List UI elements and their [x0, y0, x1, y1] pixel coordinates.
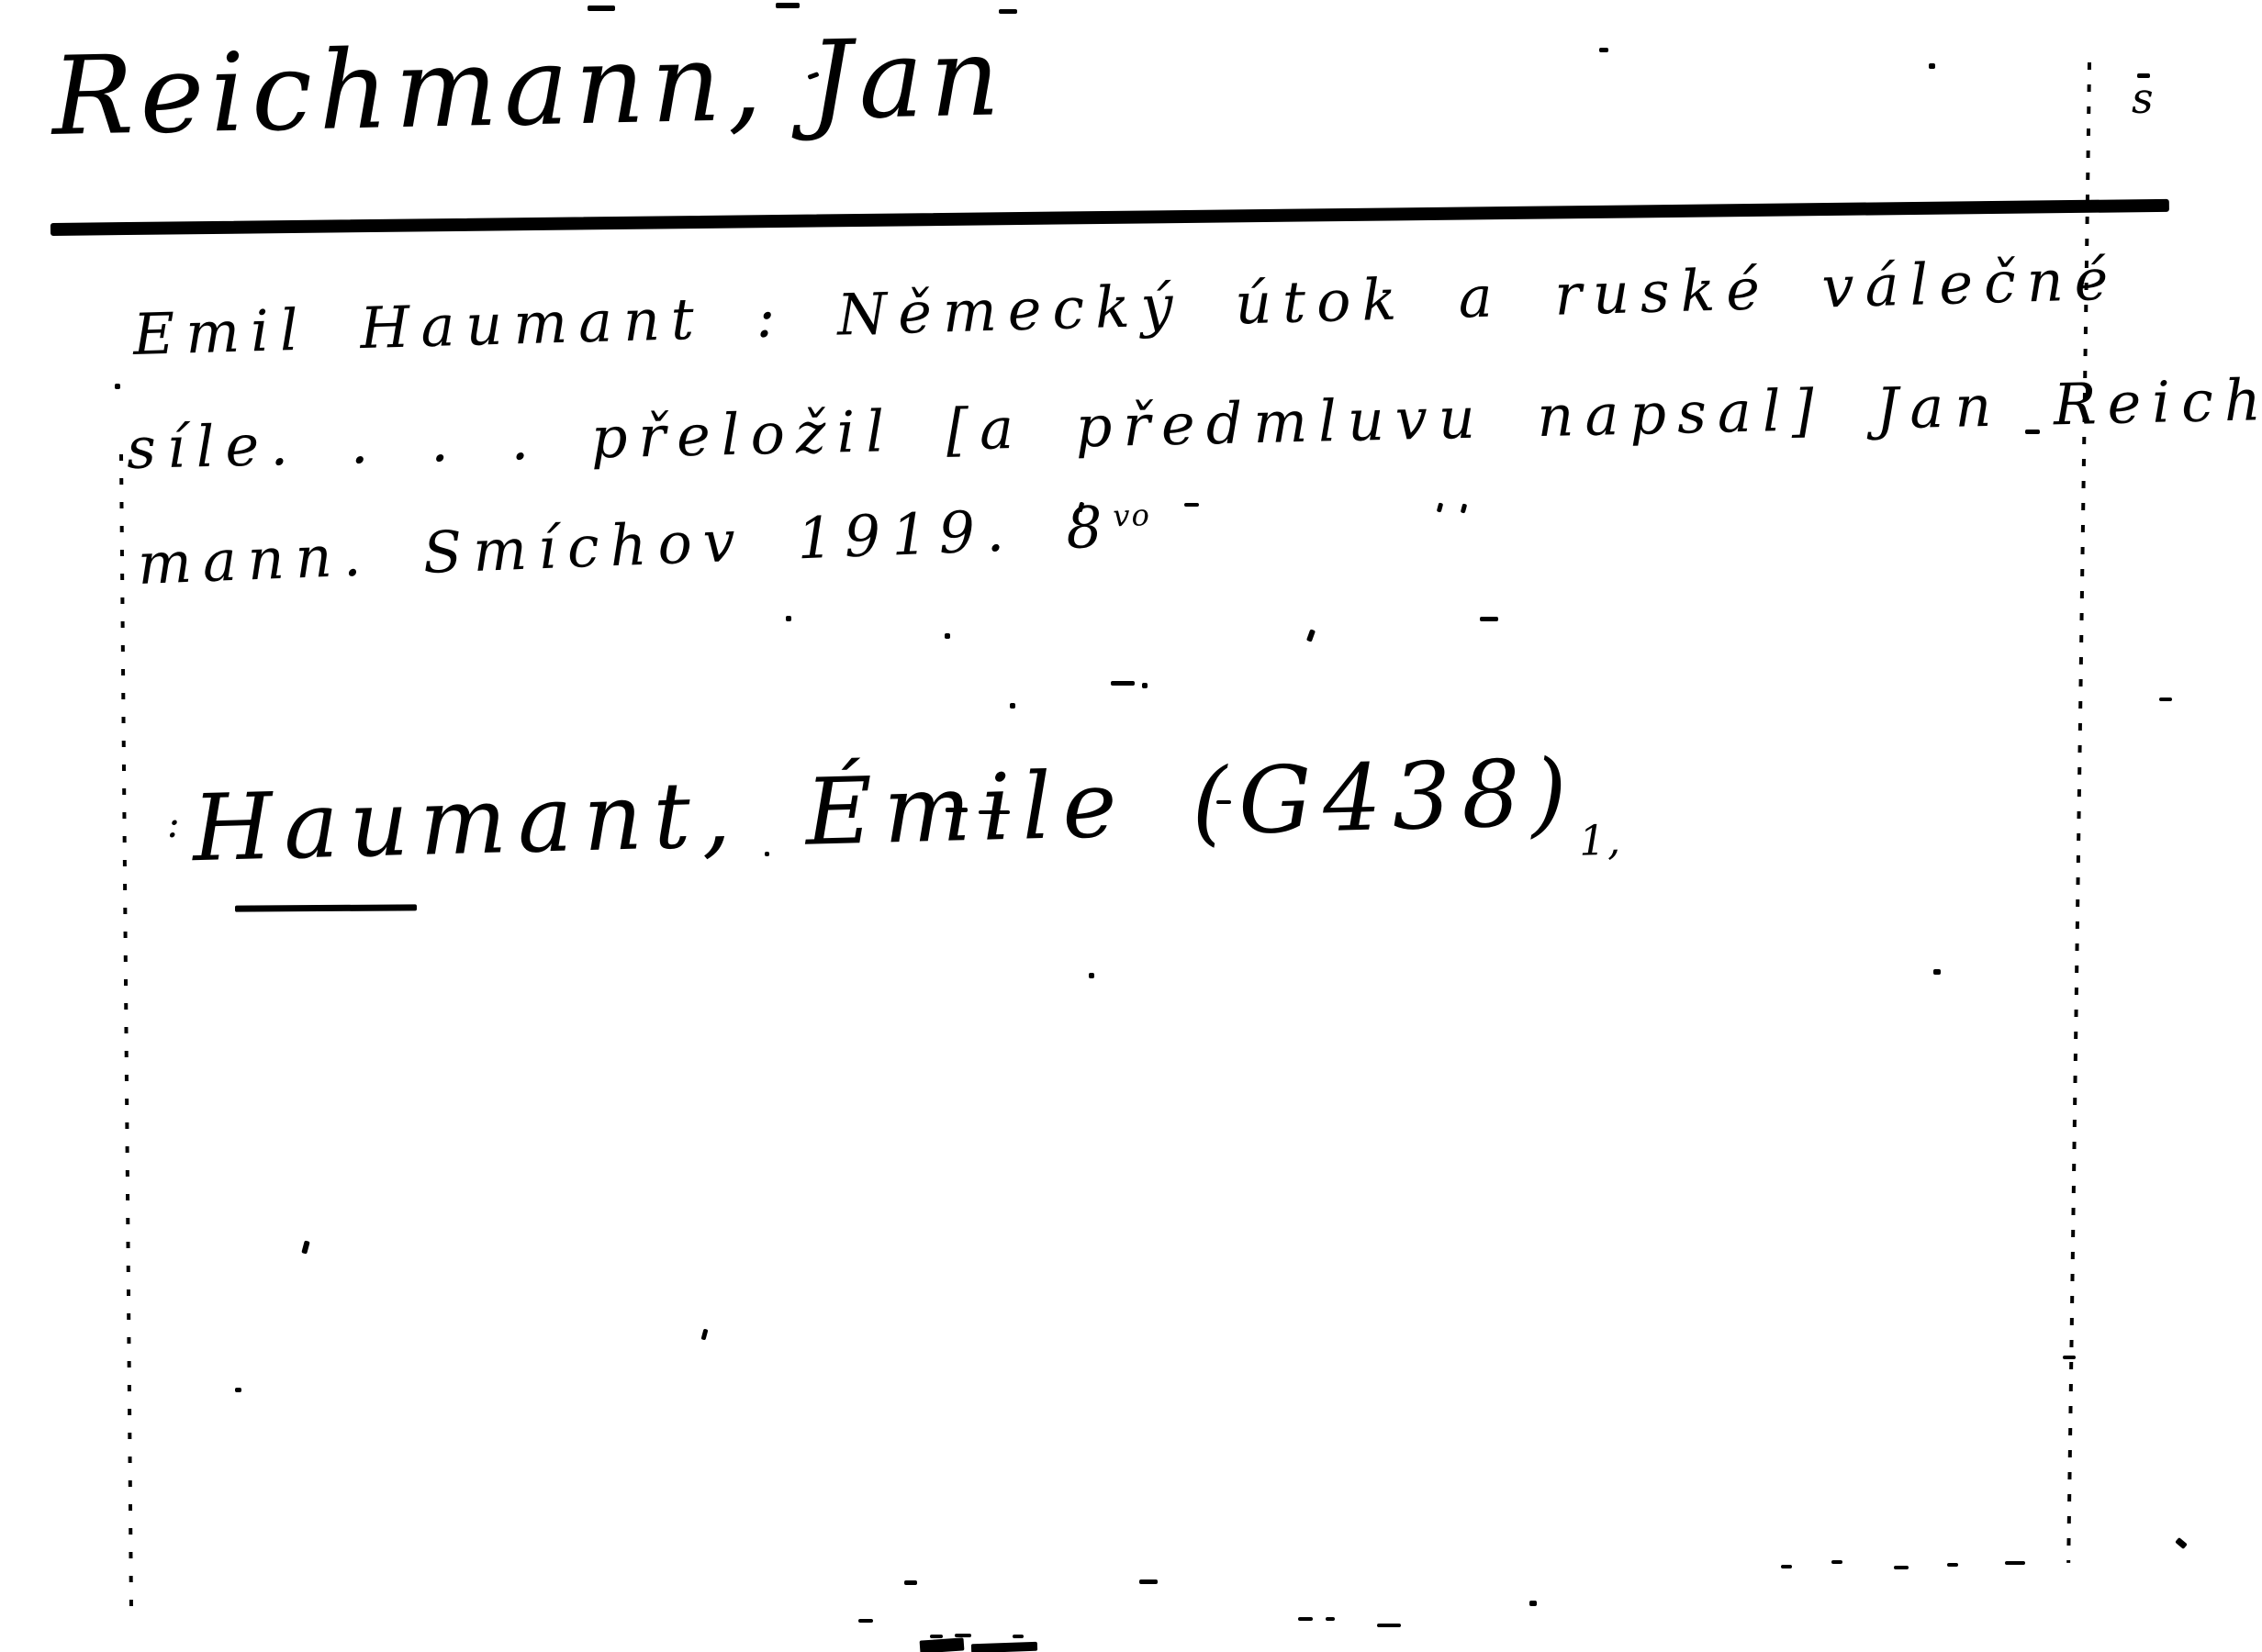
- ink-speck: [1933, 969, 1941, 975]
- ink-speck: [1831, 1560, 1842, 1564]
- ink-speck: [1437, 503, 1443, 513]
- ink-speck: [904, 1580, 917, 1585]
- page-mark: s: [2132, 73, 2154, 123]
- ink-speck: [1326, 1617, 1335, 1621]
- ink-speck: [1216, 800, 1231, 804]
- ink-speck: [945, 633, 950, 639]
- cross-reference-name-underline: [235, 904, 417, 911]
- ink-speck: [1184, 503, 1199, 507]
- card-heading: Reichmann, Jan: [50, 13, 1007, 160]
- ink-speck: [115, 384, 120, 389]
- entry-line-3-text: mann. Smíchov 1919. 8: [137, 493, 1115, 597]
- entry-line-2: síle. . . . přeložil [a předmluvu napsal…: [126, 365, 2262, 482]
- ink-speck: [1089, 973, 1094, 978]
- entry-line-3: mann. Smíchov 1919. 8vo: [137, 492, 1153, 597]
- cross-reference-colon: :: [166, 801, 180, 846]
- ink-speck: [1013, 1635, 1024, 1638]
- ink-speck: [979, 810, 1010, 814]
- ink-speck: [1377, 1624, 1401, 1627]
- ink-speck: [1947, 1563, 1958, 1567]
- ink-speck: [301, 1240, 309, 1254]
- ink-speck: [1894, 1566, 1909, 1569]
- ink-speck: [955, 1634, 971, 1637]
- ink-speck: [1298, 1617, 1313, 1621]
- ink-speck: [946, 808, 968, 812]
- ink-speck: [858, 1619, 873, 1623]
- format-superscript: vo: [1113, 497, 1152, 534]
- ink-speck: [2025, 430, 2040, 434]
- ink-speck: [999, 9, 1017, 14]
- ink-speck: [1529, 1601, 1537, 1606]
- ink-speck: [765, 852, 769, 856]
- ink-speck: [1010, 703, 1015, 709]
- ink-speck: [2175, 1537, 2188, 1549]
- ink-speck: [1929, 63, 1935, 69]
- ink-speck: [786, 616, 791, 621]
- ink-speck: [1599, 48, 1608, 52]
- ink-speck: [2005, 1561, 2025, 1565]
- ink-speck: [971, 1642, 1037, 1652]
- cross-reference-name: Haumant,: [191, 761, 743, 883]
- ink-speck: [2159, 698, 2172, 701]
- ink-speck: [776, 3, 800, 8]
- ink-speck: [588, 6, 615, 11]
- ink-speck: [235, 1388, 241, 1392]
- ink-speck: [2137, 73, 2150, 78]
- ink-speck: [2063, 1356, 2076, 1359]
- cross-reference-rest: Émile (G438): [740, 739, 1579, 868]
- heading-rule: [50, 199, 2169, 236]
- left-margin-dotted-line: [119, 454, 133, 1622]
- ink-speck: [1142, 683, 1148, 688]
- ink-speck: [1139, 1579, 1158, 1584]
- catalog-card: s Reichmann, Jan Emil Haumant : Německý …: [0, 0, 2262, 1652]
- cross-reference-line: :Haumant, Émile (G438)1,: [165, 738, 1623, 902]
- ink-speck: [1306, 629, 1316, 642]
- ink-speck: [1461, 504, 1467, 514]
- entry-line-1: Emil Haumant : Německý útok a ruské vále…: [132, 246, 2120, 368]
- ink-speck: [701, 1329, 709, 1341]
- ink-speck: [1480, 617, 1498, 621]
- ink-speck: [1781, 1565, 1792, 1568]
- ink-speck: [920, 1637, 965, 1652]
- ink-speck: [1111, 681, 1135, 686]
- cross-reference-subscript: 1,: [1578, 816, 1622, 865]
- ink-speck: [930, 1635, 943, 1638]
